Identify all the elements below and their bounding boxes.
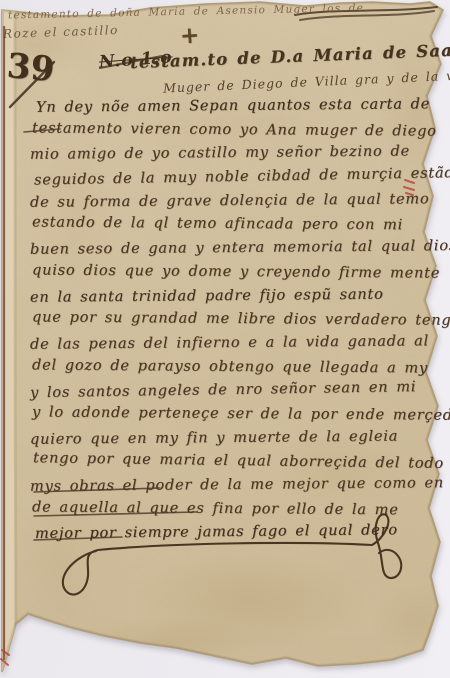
faded-top-annotation: testamento de doña Maria de Asensio Muge… — [8, 0, 438, 21]
manuscript-line: en la santa trinidad padre fijo espũ san… — [30, 283, 438, 310]
manuscript-line: buen seso de gana y entera memoria tal q… — [30, 235, 438, 262]
testament-title: testam.to de D.a Maria de Saavedra y de … — [130, 41, 450, 72]
testament-subtitle: Muger de Diego de Villa gra y de la v.a — [163, 67, 450, 95]
manuscript-line: que por su grandad me libre dios verdade… — [32, 307, 440, 334]
notarial-cross-mark: + — [179, 21, 200, 49]
manuscript-line: de las penas del infierno e a la vida ga… — [30, 330, 438, 357]
scanned-manuscript-page: testamento de doña Maria de Asensio Muge… — [0, 0, 450, 678]
faded-owner-annotation: Roze el castillo — [3, 23, 119, 41]
manuscript-line: y lo adonde perteneçe ser de la por ende… — [32, 401, 440, 428]
manuscript-line: mejor por siempre jamas fago el qual der… — [35, 519, 443, 547]
manuscript-line: estando de la ql temo afincada pero con … — [32, 212, 440, 239]
manuscript-line: mys obras el poder de la me mejor que co… — [30, 472, 438, 499]
manuscript-line: Yn dey nõe amen Sepan quantos esta carta… — [30, 93, 438, 120]
folio-number: 39 — [5, 46, 56, 90]
manuscript-body-text: Yn dey nõe amen Sepan quantos esta carta… — [30, 95, 438, 555]
manuscript-line: quiso dios que yo dome y creyendo firme … — [32, 259, 440, 286]
